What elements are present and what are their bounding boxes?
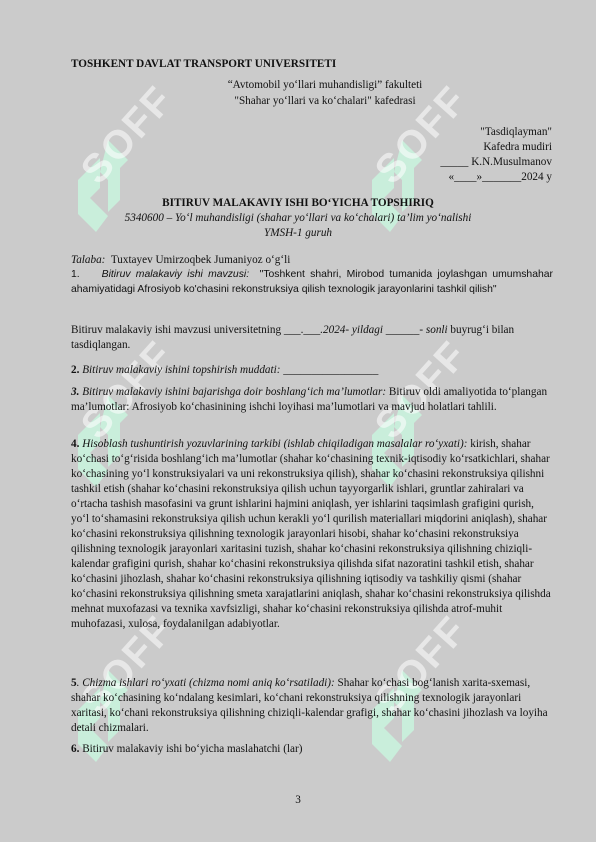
item-4-label: Hisoblash tushuntirish yozuvlarining tar… (82, 438, 467, 450)
item-5: 5. Chizma ishlari ro‘yxati (chizma nomi … (71, 676, 553, 736)
item-4: 4. Hisoblash tushuntirish yozuvlarining … (71, 437, 553, 632)
approval-order: Bitiruv malakaviy ishi mavzusi universit… (71, 323, 553, 353)
student-label: Talaba: (71, 254, 105, 266)
item-2-number: 2. (71, 364, 79, 376)
faculty-name: “Avtomobil yo‘llari muhandisligi” fakult… (150, 78, 500, 92)
approval-position: Kafedra mudiri (352, 140, 552, 154)
university-name: TOSHKENT DAVLAT TRANSPORT UNIVERSITETI (71, 57, 336, 71)
item-3: 3. Bitiruv malakaviy ishini bajarishga d… (71, 385, 553, 415)
document-page: TOSHKENT DAVLAT TRANSPORT UNIVERSITETI “… (0, 0, 596, 842)
item-6: 6. Bitiruv malakaviy ishi bo‘yicha masla… (71, 742, 302, 756)
submission-deadline-field[interactable]: _________________ (283, 364, 378, 376)
item-3-number: 3. (71, 386, 79, 398)
item-4-text: kirish, shahar ko‘chasi to‘g‘risida bosh… (71, 438, 551, 630)
student-line: Talaba: Tuxtayev Umirzoqbek Jumaniyoz o‘… (71, 253, 290, 267)
approval-signature: _____ K.N.Musulmanov (352, 155, 552, 169)
item-2: 2. Bitiruv malakaviy ishini topshirish m… (71, 363, 378, 377)
student-name: Tuxtayev Umirzoqbek Jumaniyoz o‘g‘li (111, 254, 291, 266)
item-3-label: Bitiruv malakaviy ishini bajarishga doir… (82, 386, 386, 398)
item-4-number: 4. (71, 438, 79, 450)
item-2-label: Bitiruv malakaviy ishini topshirish mudd… (82, 364, 280, 376)
item-1-label: Bitiruv malakaviy ishi mavzusi: (102, 269, 249, 280)
approval-date: «____»_______2024 y (352, 170, 552, 184)
department-name: "Shahar yo‘llari va ko‘chalari" kafedras… (150, 94, 500, 108)
approval-title: "Tasdiqlayman" (352, 125, 552, 139)
item-6-number: 6. (71, 743, 79, 755)
approval-block: "Tasdiqlayman" Kafedra mudiri _____ K.N.… (352, 125, 552, 184)
document-title: BITIRUV MALAKAVIY ISHI BO‘YICHA TOPSHIRI… (71, 196, 525, 210)
page-number: 3 (0, 793, 596, 807)
item-6-text: Bitiruv malakaviy ishi bo‘yicha maslahat… (82, 743, 302, 755)
item-5-label: . Chizma ishlari ro‘yxati (chizma nomi a… (77, 677, 335, 689)
item-1-number: 1. (71, 269, 80, 280)
group: YMSH-1 guruh (71, 226, 525, 240)
item-1: 1.Bitiruv malakaviy ishi mavzusi: "Toshk… (71, 267, 553, 297)
specialty: 5340600 – Yo‘l muhandisligi (shahar yo‘l… (71, 211, 525, 225)
